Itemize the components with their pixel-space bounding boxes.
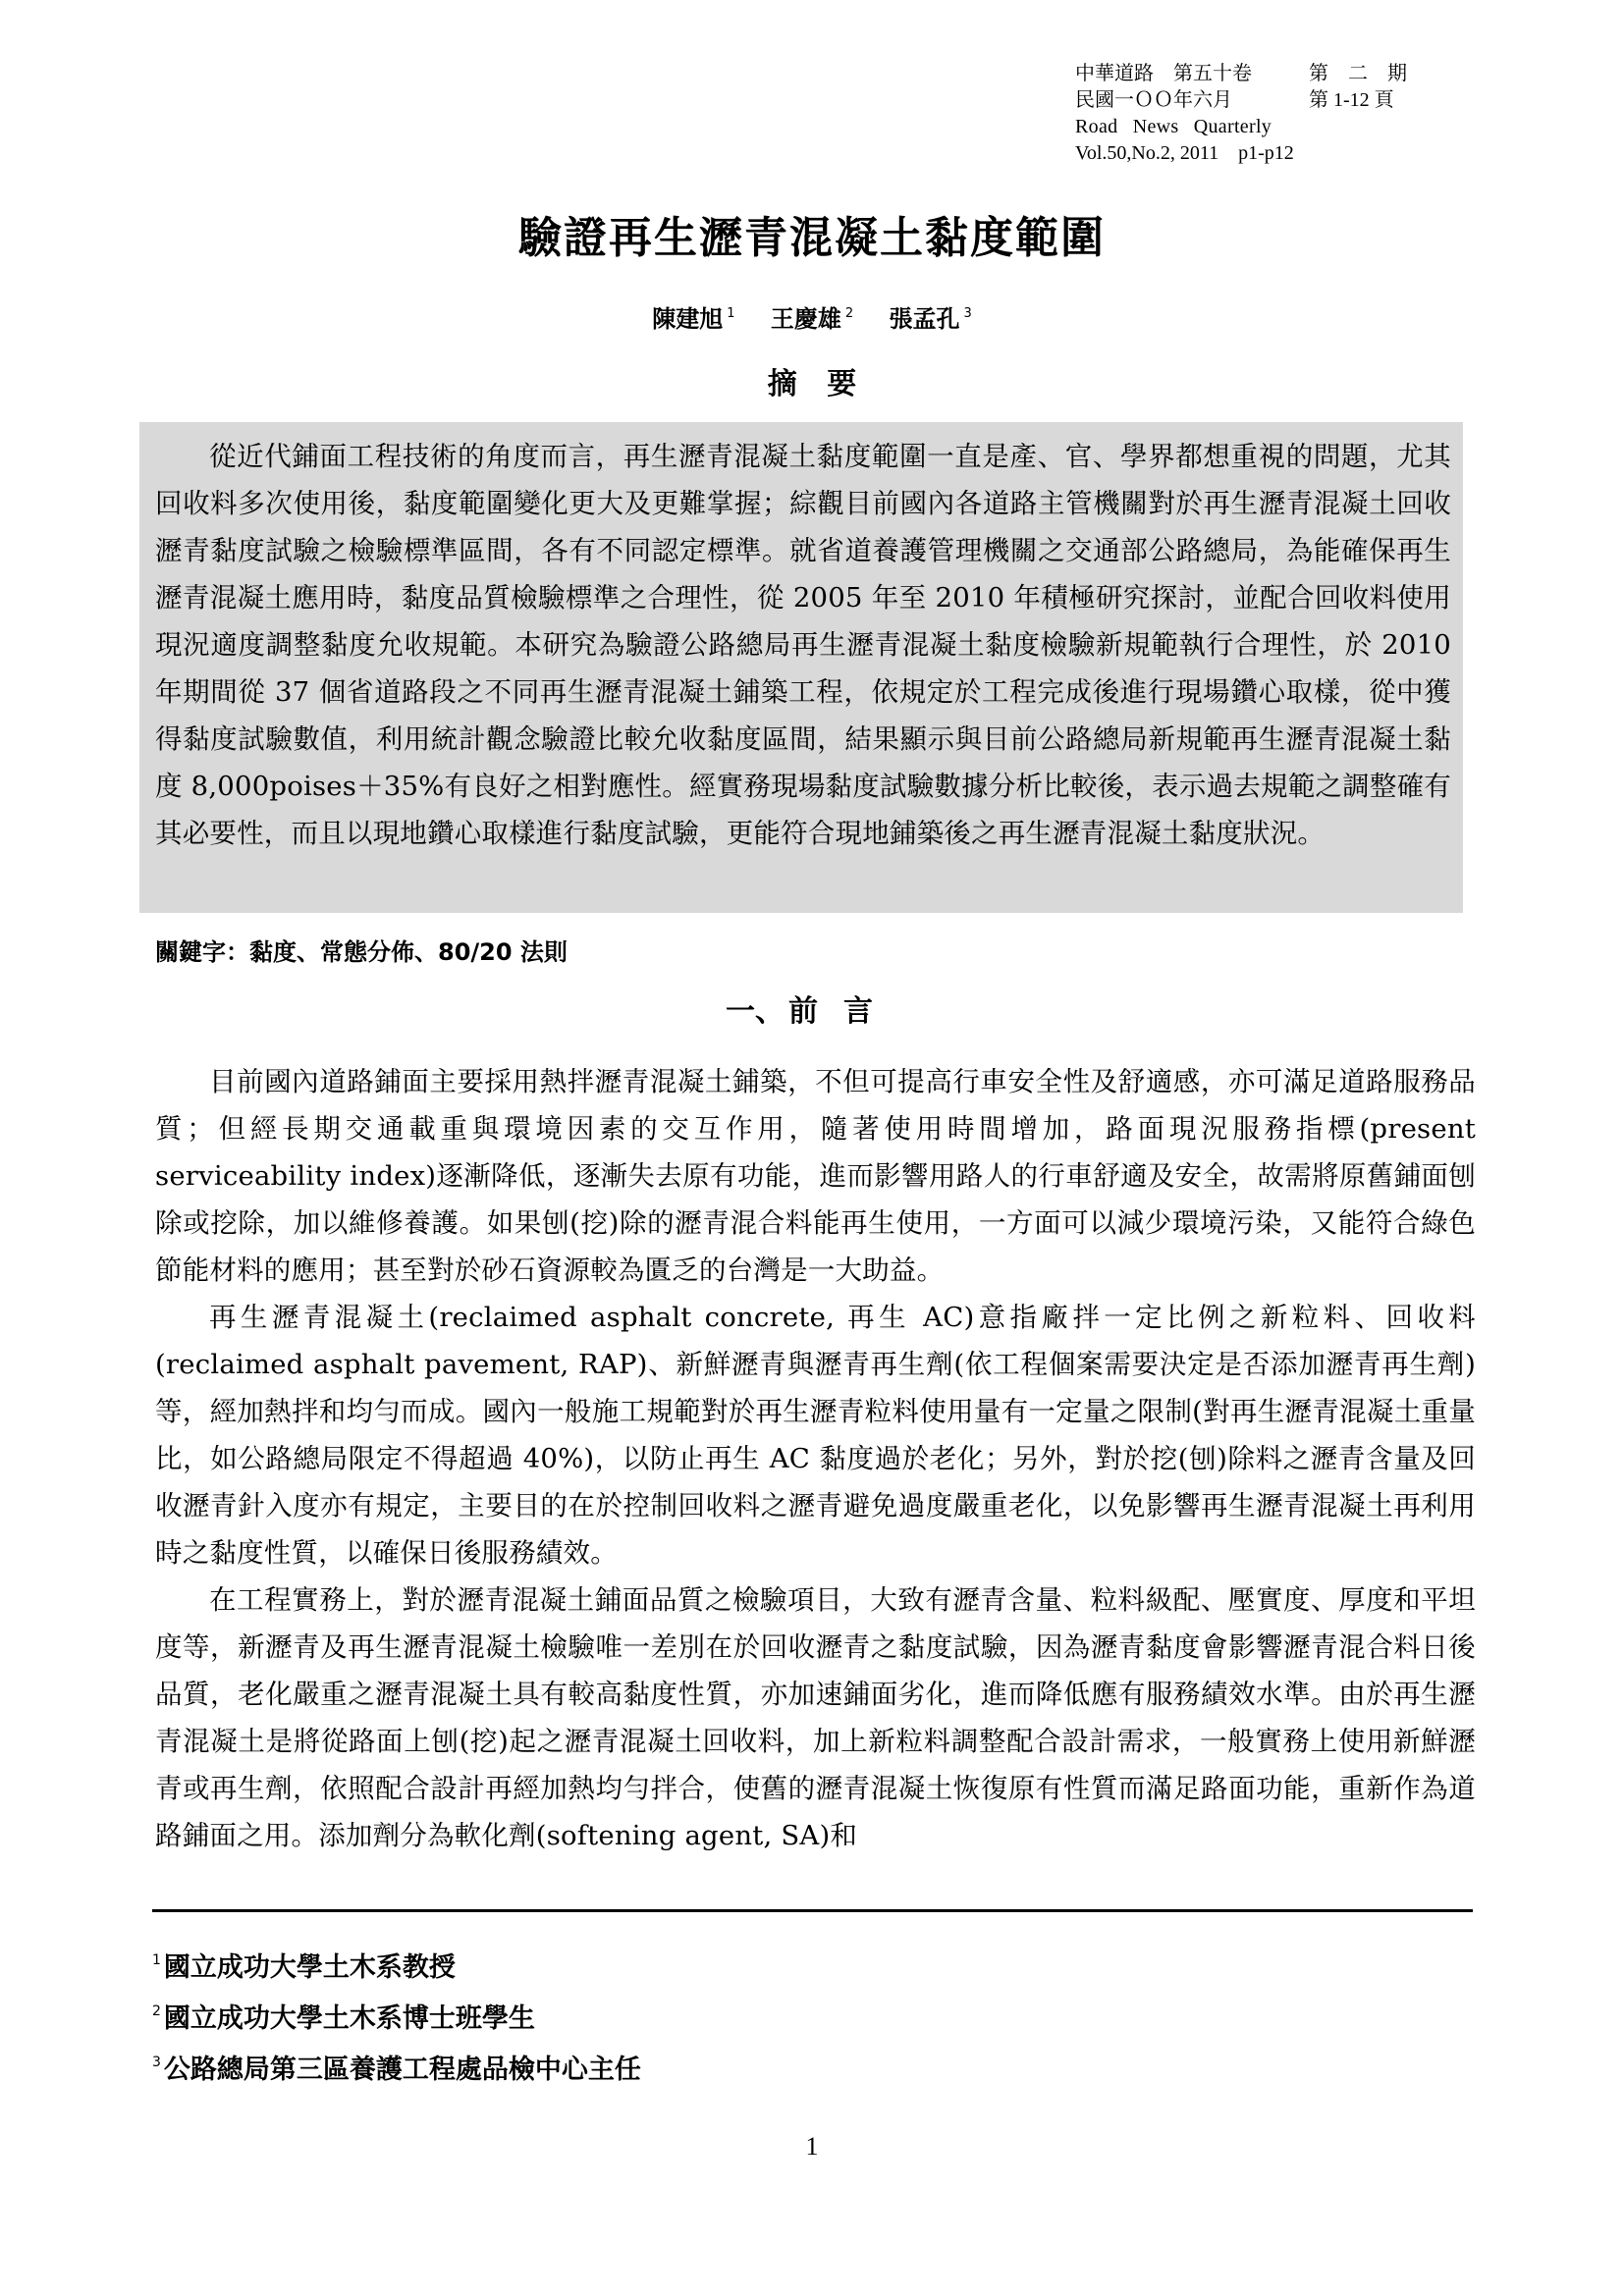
author-name: 陳建旭 (652, 305, 723, 333)
journal-citation-en: Vol.50,No.2, 2011 p1-p12 (1075, 140, 1488, 167)
author: 陳建旭1 (652, 305, 734, 333)
abstract-heading: 摘 要 (0, 359, 1624, 402)
journal-header: 中華道路 第五十卷 第 二 期 民國一ＯＯ年六月 第 1-12 頁 Road N… (1075, 61, 1488, 167)
footnote-text: 國立成功大學土木系教授 (164, 1952, 456, 1983)
footnote-mark: 3 (152, 2055, 161, 2070)
paragraph: 在工程實務上，對於瀝青混凝土鋪面品質之檢驗項目，大致有瀝青含量、粒料級配、壓實度… (155, 1576, 1476, 1859)
abstract-text: 從近代鋪面工程技術的角度而言，再生瀝青混凝土黏度範圍一直是產、官、學界都想重視的… (155, 433, 1451, 857)
abstract-box: 從近代鋪面工程技術的角度而言，再生瀝青混凝土黏度範圍一直是產、官、學界都想重視的… (139, 422, 1463, 913)
section-title: 前言 (788, 994, 898, 1029)
paragraph: 再生瀝青混凝土(reclaimed asphalt concrete, 再生 A… (155, 1294, 1476, 1576)
paragraph: 目前國內道路鋪面主要採用熱拌瀝青混凝土鋪築，不但可提高行車安全性及舒適感，亦可滿… (155, 1058, 1476, 1294)
footnote-text: 公路總局第三區養護工程處品檢中心主任 (164, 2055, 641, 2085)
affiliation-mark: 1 (727, 306, 734, 321)
journal-date-line: 民國一ＯＯ年六月 第 1-12 頁 (1075, 87, 1488, 114)
section-heading: 一、前言 (0, 987, 1624, 1030)
footnotes: 1國立成功大學土木系教授 2國立成功大學土木系博士班學生 3公路總局第三區養護工… (152, 1939, 641, 2092)
journal-pages: 第 1-12 頁 (1309, 87, 1394, 114)
journal-name-en: Road News Quarterly (1075, 114, 1488, 140)
keywords: 關鍵字：黏度、常態分佈、80/20 法則 (155, 933, 568, 967)
footnote-mark: 1 (152, 1952, 161, 1968)
author: 王慶雄2 (771, 305, 853, 333)
journal-issue-line: 中華道路 第五十卷 第 二 期 (1075, 61, 1488, 87)
footnote: 2國立成功大學土木系博士班學生 (152, 1990, 641, 2041)
affiliation-mark: 2 (845, 306, 853, 321)
section-body: 目前國內道路鋪面主要採用熱拌瀝青混凝土鋪築，不但可提高行車安全性及舒適感，亦可滿… (155, 1058, 1476, 1859)
footnote: 3公路總局第三區養護工程處品檢中心主任 (152, 2041, 641, 2092)
footnote-text: 國立成功大學土木系博士班學生 (164, 2003, 535, 2034)
footnote-mark: 2 (152, 2003, 161, 2019)
footnote: 1國立成功大學土木系教授 (152, 1939, 641, 1990)
journal-issue: 第 二 期 (1309, 61, 1407, 87)
author-list: 陳建旭1 王慶雄2 張孟孔3 (0, 299, 1624, 334)
author: 張孟孔3 (890, 305, 972, 333)
paper-page: 中華道路 第五十卷 第 二 期 民國一ＯＯ年六月 第 1-12 頁 Road N… (0, 0, 1624, 2296)
author-name: 張孟孔 (890, 305, 960, 333)
page-number: 1 (0, 2132, 1624, 2162)
journal-date: 民國一ＯＯ年六月 (1075, 87, 1309, 114)
author-name: 王慶雄 (771, 305, 841, 333)
section-number: 一、 (726, 994, 785, 1029)
paper-title: 驗證再生瀝青混凝土黏度範圍 (0, 202, 1624, 265)
affiliation-mark: 3 (964, 306, 972, 321)
journal-volume: 中華道路 第五十卷 (1075, 61, 1309, 87)
footnote-divider (152, 1909, 1473, 1912)
